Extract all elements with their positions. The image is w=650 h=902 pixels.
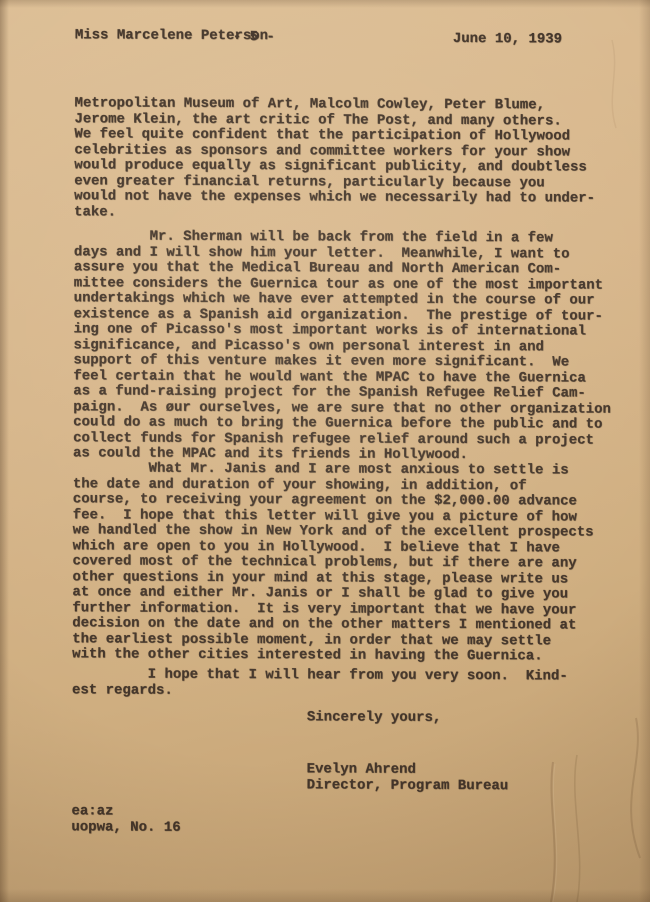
reference-block: ea:az uopwa, No. 16 <box>71 804 180 835</box>
signature-block: Evelyn Ahrend Director, Program Bureau <box>307 762 509 794</box>
letter-date: June 10, 1939 <box>453 32 562 48</box>
signature-title: Director, Program Bureau <box>307 778 509 794</box>
letter-page: Miss Marcelene Peterson - 5 - June 10, 1… <box>0 0 650 902</box>
paragraph-janis-terms: What Mr. Janis and I are most anxious to… <box>72 461 594 665</box>
signature-name: Evelyn Ahrend <box>307 762 509 778</box>
letter-content: Miss Marcelene Peterson - 5 - June 10, 1… <box>0 0 650 902</box>
letter-header: Miss Marcelene Peterson - 5 - June 10, 1… <box>0 0 650 3</box>
paragraph-continuation: Metropolitan Museum of Art, Malcolm Cowl… <box>74 96 595 222</box>
paragraph-regards: I hope that I will hear from you very so… <box>72 667 568 700</box>
paragraph-sherman-guernica: Mr. Sherman will be back from the field … <box>73 229 612 464</box>
closing-salutation: Sincerely yours, <box>307 710 441 726</box>
typist-initials: ea:az <box>71 804 180 820</box>
union-label: uopwa, No. 16 <box>71 820 180 836</box>
page-number: - 5 - <box>233 30 275 46</box>
